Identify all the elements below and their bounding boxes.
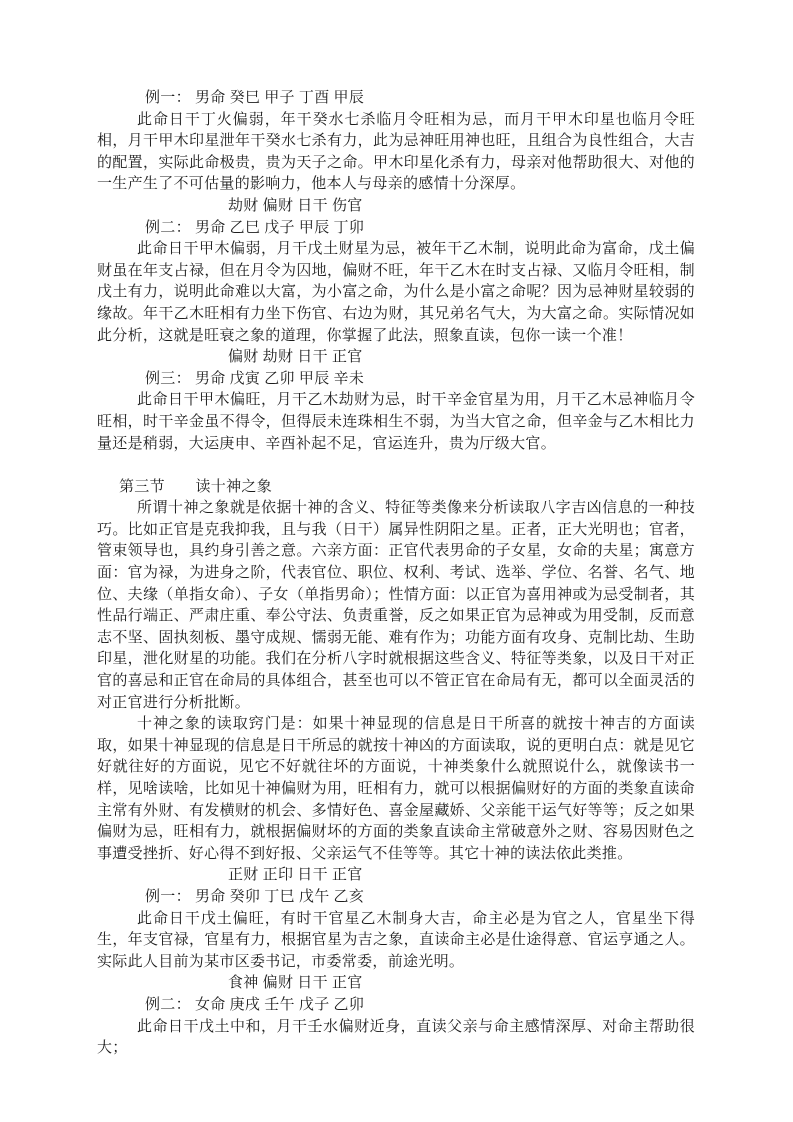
example-title: 例三： 男命 戊寅 乙卯 甲辰 辛未 xyxy=(97,369,695,391)
example-title: 例一： 男命 癸卯 丁巳 戊午 乙亥 xyxy=(97,887,695,909)
section-heading: 第三节 读十神之象 xyxy=(97,477,695,499)
body-paragraph: 所谓十神之象就是依据十神的含义、特征等类像来分析读取八字吉凶信息的一种技巧。比如… xyxy=(97,498,695,714)
example-title: 例二： 女命 庚戌 壬午 戊子 乙卯 xyxy=(97,995,695,1017)
pillar-label: 食神 偏财 日干 正官 xyxy=(97,973,695,995)
example-title: 例二： 男命 乙巳 戊子 甲辰 丁卯 xyxy=(97,218,695,240)
body-paragraph: 十神之象的读取窍门是：如果十神显现的信息是日干所喜的就按十神吉的方面读取，如果十… xyxy=(97,714,695,865)
pillar-label: 劫财 偏财 日干 伤官 xyxy=(97,196,695,218)
body-paragraph: 此命日干戊土偏旺，有时干官星乙木制身大吉，命主必是为官之人，官星坐下得生，年支官… xyxy=(97,909,695,974)
pillar-label: 偏财 劫财 日干 正官 xyxy=(97,347,695,369)
body-paragraph: 此命日干甲木偏弱，月干戊土财星为忌，被年干乙木制，说明此命为富命，戊土偏财虽在年… xyxy=(97,239,695,347)
document-page: 例一： 男命 癸巳 甲子 丁酉 甲辰此命日干丁火偏弱，年干癸水七杀临月令旺相为忌… xyxy=(0,0,793,1122)
document-content: 例一： 男命 癸巳 甲子 丁酉 甲辰此命日干丁火偏弱，年干癸水七杀临月令旺相为忌… xyxy=(97,88,695,1060)
body-paragraph: 此命日干丁火偏弱，年干癸水七杀临月令旺相为忌，而月干甲木印星也临月令旺相，月干甲… xyxy=(97,110,695,196)
pillar-label: 正财 正印 日干 正官 xyxy=(97,865,695,887)
example-title: 例一： 男命 癸巳 甲子 丁酉 甲辰 xyxy=(97,88,695,110)
body-paragraph: 此命日干戊土中和，月干壬水偏财近身，直读父亲与命主感情深厚、对命主帮助很大； xyxy=(97,1017,695,1060)
body-paragraph: 此命日干甲木偏旺，月干乙木劫财为忌，时干辛金官星为用，月干乙木忌神临月令旺相，时… xyxy=(97,390,695,455)
